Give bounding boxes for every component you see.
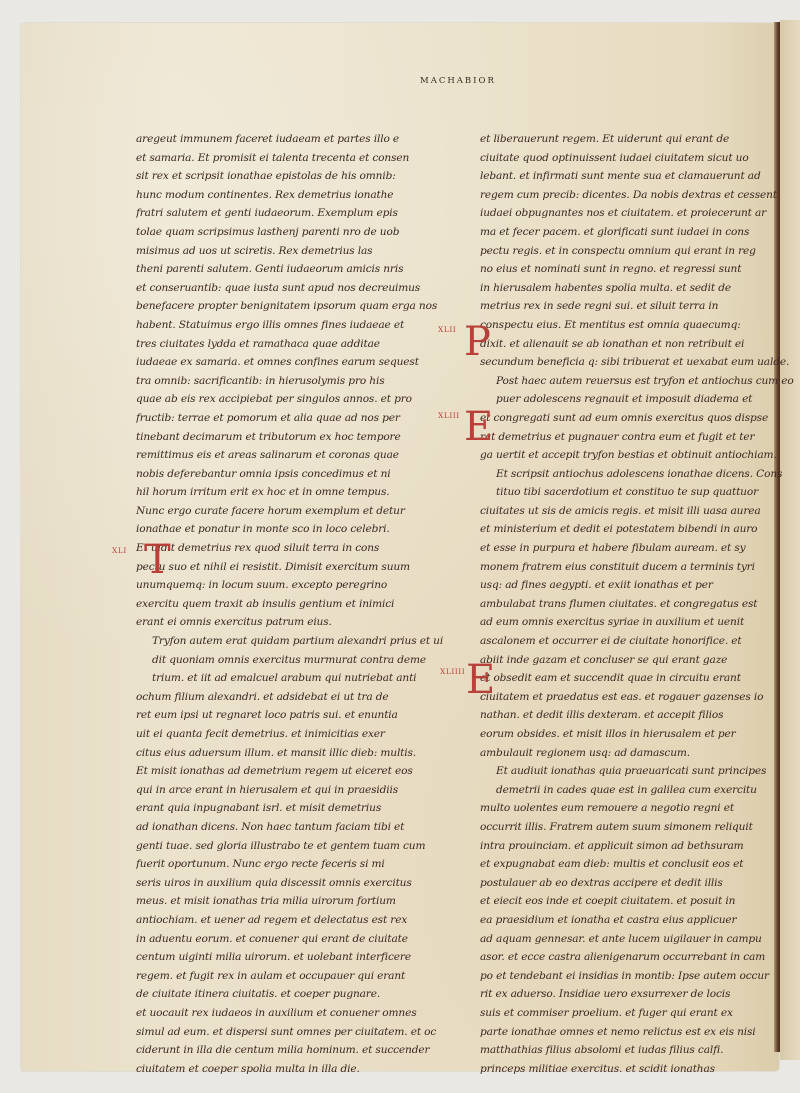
text-line: tolae quam scripsimus lasthenj parenti n… bbox=[136, 223, 456, 242]
text-line: hil horum irritum erit ex hoc et in omne… bbox=[136, 483, 456, 502]
text-line: nobis deferebantur omnia ipsis concedimu… bbox=[136, 465, 456, 484]
text-line: uit ei quanta fecit demetrius. et inimic… bbox=[136, 725, 456, 744]
text-line: tinebant decimarum et tributorum ex hoc … bbox=[136, 428, 456, 447]
text-line: iudaeae ex samaria. et omnes confines ea… bbox=[136, 353, 456, 372]
text-line: ciuitatem et coeper spolia multa in illa… bbox=[136, 1060, 456, 1079]
text-line: et liberauerunt regem. Et uiderunt qui e… bbox=[480, 130, 800, 149]
text-line: abiit inde gazam et concluser se qui era… bbox=[480, 651, 800, 670]
text-line: ret eum ipsi ut regnaret loco patris sui… bbox=[136, 706, 456, 725]
text-line: centum uiginti milia uirorum. et uoleban… bbox=[136, 948, 456, 967]
text-line: et uocauit rex iudaeos in auxilium et co… bbox=[136, 1004, 456, 1023]
text-line: ad ionathan dicens. Non haec tantum faci… bbox=[136, 818, 456, 837]
text-line: ambulauit regionem usq: ad damascum. bbox=[480, 744, 800, 763]
text-line: fructib: terrae et pomorum et alia quae … bbox=[136, 409, 456, 428]
text-line: hunc modum continentes. Rex demetrius io… bbox=[136, 186, 456, 205]
text-line: parte ionathae omnes et nemo relictus es… bbox=[480, 1023, 800, 1042]
text-line: ciuitates ut sis de amicis regis. et mis… bbox=[480, 502, 800, 521]
text-line: princeps militiae exercitus. et scidit i… bbox=[480, 1060, 800, 1079]
running-head: MACHABIOR bbox=[420, 76, 496, 86]
text-line: et eiecit eos inde et coepit ciuitatem. … bbox=[480, 892, 800, 911]
text-line: eorum obsides. et misit illos in hierusa… bbox=[480, 725, 800, 744]
text-line: pectu regis. et in conspectu omnium qui … bbox=[480, 242, 800, 261]
text-line: ciderunt in illa die centum milia hominu… bbox=[136, 1041, 456, 1060]
text-line: habent. Statuimus ergo illis omnes fines… bbox=[136, 316, 456, 335]
text-line: ga uertit et accepit tryfon bestias et o… bbox=[480, 446, 800, 465]
text-line: trium. et iit ad emalcuel arabum qui nut… bbox=[136, 669, 456, 688]
text-line: ea praesidium et ionatha et castra eius … bbox=[480, 911, 800, 930]
chapter-number: XLIIII bbox=[440, 667, 465, 676]
text-line: erant ei omnis exercitus patrum eius. bbox=[136, 613, 456, 632]
text-line: Et uidit demetrius rex quod siluit terra… bbox=[136, 539, 456, 558]
text-line: genti tuae. sed gloria illustrabo te et … bbox=[136, 837, 456, 856]
text-line: puer adolescens regnauit et imposuit dia… bbox=[480, 390, 800, 409]
text-line: et conseruantib: quae iusta sunt apud no… bbox=[136, 279, 456, 298]
text-line: qui in arce erant in hierusalem et qui i… bbox=[136, 781, 456, 800]
rubricated-initial: E bbox=[464, 407, 493, 447]
text-line: ambulabat trans flumen ciuitates. et con… bbox=[480, 595, 800, 614]
text-line: de ciuitate itinera ciuitatis. et coeper… bbox=[136, 985, 456, 1004]
text-line: ciuitatem et praedatus est eas. et rogau… bbox=[480, 688, 800, 707]
text-line: erant quia inpugnabant isrl. et misit de… bbox=[136, 799, 456, 818]
text-line: theni parenti salutem. Genti iudaeorum a… bbox=[136, 260, 456, 279]
text-line: suis et commiser proelium. et fuger qui … bbox=[480, 1004, 800, 1023]
text-line: ochum filium alexandri. et adsidebat ei … bbox=[136, 688, 456, 707]
text-line: metrius rex in sede regni sui. et siluit… bbox=[480, 297, 800, 316]
text-line: ad eum omnis exercitus syriae in auxiliu… bbox=[480, 613, 800, 632]
text-line: Et misit ionathas ad demetrium regem ut … bbox=[136, 762, 456, 781]
text-line: secundum beneficia q: sibi tribuerat et … bbox=[480, 353, 800, 372]
text-line: tra omnib: sacrificantib: in hierusolymi… bbox=[136, 372, 456, 391]
text-line: conspectu eius. Et mentitus est omnia qu… bbox=[480, 316, 800, 335]
text-line: benefacere propter benignitatem ipsorum … bbox=[136, 297, 456, 316]
text-line: nathan. et dedit illis dexteram. et acce… bbox=[480, 706, 800, 725]
text-line: no eius et nominati sunt in regno. et re… bbox=[480, 260, 800, 279]
text-line: regem. et fugit rex in aulam et occupaue… bbox=[136, 967, 456, 986]
text-line: Tryfon autem erat quidam partium alexand… bbox=[136, 632, 456, 651]
text-line: citus eius aduersum illum. et mansit ill… bbox=[136, 744, 456, 763]
text-line: postulauer ab eo dextras accipere et ded… bbox=[480, 874, 800, 893]
text-line: po et tendebant ei insidias in montib: I… bbox=[480, 967, 800, 986]
text-line: matthathias filius absolomi et iudas fil… bbox=[480, 1041, 800, 1060]
text-line: intra prouinciam. et applicuit simon ad … bbox=[480, 837, 800, 856]
text-line: dit quoniam omnis exercitus murmurat con… bbox=[136, 651, 456, 670]
rubricated-initial: P bbox=[464, 322, 491, 362]
text-line: et esse in purpura et habere fibulam aur… bbox=[480, 539, 800, 558]
text-line: unumquemq: in locum suum. excepto peregr… bbox=[136, 576, 456, 595]
text-line: remittimus eis et areas salinarum et cor… bbox=[136, 446, 456, 465]
text-line: fratri salutem et genti iudaeorum. Exemp… bbox=[136, 204, 456, 223]
text-line: iudaei obpugnantes nos et ciuitatem. et … bbox=[480, 204, 800, 223]
text-line: Et scripsit antiochus adolescens ionatha… bbox=[480, 465, 800, 484]
text-line: lebant. et infirmati sunt mente sua et c… bbox=[480, 167, 800, 186]
text-line: ciuitate quod optinuissent iudaei ciuita… bbox=[480, 149, 800, 168]
text-line: demetrii in cades quae est in galilea cu… bbox=[480, 781, 800, 800]
text-line: multo uolentes eum remouere a negotio re… bbox=[480, 799, 800, 818]
text-line: ad aquam gennesar. et ante lucem uigilau… bbox=[480, 930, 800, 949]
right-text-column: et liberauerunt regem. Et uiderunt qui e… bbox=[480, 130, 800, 1078]
text-line: sit rex et scripsit ionathae epistolas d… bbox=[136, 167, 456, 186]
text-line: regem cum precib: dicentes. Da nobis dex… bbox=[480, 186, 800, 205]
text-line: occurrit illis. Fratrem autem suum simon… bbox=[480, 818, 800, 837]
chapter-number: XLII bbox=[438, 325, 456, 334]
text-line: ionathae et ponatur in monte sco in loco… bbox=[136, 520, 456, 539]
text-line: exercitu quem traxit ab insulis gentium … bbox=[136, 595, 456, 614]
text-line: simul ad eum. et dispersi sunt omnes per… bbox=[136, 1023, 456, 1042]
chapter-number: XLIII bbox=[438, 411, 460, 420]
text-line: et expugnabat eam dieb: multis et conclu… bbox=[480, 855, 800, 874]
text-line: fuerit oportunum. Nunc ergo recte feceri… bbox=[136, 855, 456, 874]
rubricated-initial: T bbox=[144, 540, 171, 580]
rubricated-initial: E bbox=[466, 660, 495, 700]
text-line: Et audiuit ionathas quia praeuaricati su… bbox=[480, 762, 800, 781]
text-line: in aduentu eorum. et conuener qui erant … bbox=[136, 930, 456, 949]
text-line: antiochiam. et uener ad regem et delecta… bbox=[136, 911, 456, 930]
text-line: pectu suo et nihil ei resistit. Dimisit … bbox=[136, 558, 456, 577]
text-line: Nunc ergo curate facere horum exemplum e… bbox=[136, 502, 456, 521]
text-line: asor. et ecce castra alienigenarum occur… bbox=[480, 948, 800, 967]
chapter-number: XLI bbox=[112, 546, 127, 555]
text-line: tres ciuitates lydda et ramathaca quae a… bbox=[136, 335, 456, 354]
text-line: aregeut immunem faceret iudaeam et parte… bbox=[136, 130, 456, 149]
text-line: usq: ad fines aegypti. et exiit ionathas… bbox=[480, 576, 800, 595]
text-line: meus. et misit ionathas tria milia uiror… bbox=[136, 892, 456, 911]
text-line: ascalonem et occurrer ei de ciuitate hon… bbox=[480, 632, 800, 651]
text-line: monem fratrem eius constituit ducem a te… bbox=[480, 558, 800, 577]
text-line: dixit. et alienauit se ab ionathan et no… bbox=[480, 335, 800, 354]
text-line: ma et fecer pacem. et glorificati sunt i… bbox=[480, 223, 800, 242]
text-line: tituo tibi sacerdotium et constituo te s… bbox=[480, 483, 800, 502]
text-line: seris uiros in auxilium quia discessit o… bbox=[136, 874, 456, 893]
text-line: rit ex aduerso. Insidiae uero exsurrexer… bbox=[480, 985, 800, 1004]
text-line: in hierusalem habentes spolia multa. et … bbox=[480, 279, 800, 298]
text-line: misimus ad uos ut sciretis. Rex demetriu… bbox=[136, 242, 456, 261]
text-line: quae ab eis rex accipiebat per singulos … bbox=[136, 390, 456, 409]
text-line: et ministerium et dedit ei potestatem bi… bbox=[480, 520, 800, 539]
text-line: et congregati sunt ad eum omnis exercitu… bbox=[480, 409, 800, 428]
text-line: et samaria. Et promisit ei talenta trece… bbox=[136, 149, 456, 168]
text-line: rat demetrius et pugnauer contra eum et … bbox=[480, 428, 800, 447]
text-line: Post haec autem reuersus est tryfon et a… bbox=[480, 372, 800, 391]
left-text-column: aregeut immunem faceret iudaeam et parte… bbox=[136, 130, 456, 1078]
text-line: et obsedit eam et succendit quae in circ… bbox=[480, 669, 800, 688]
